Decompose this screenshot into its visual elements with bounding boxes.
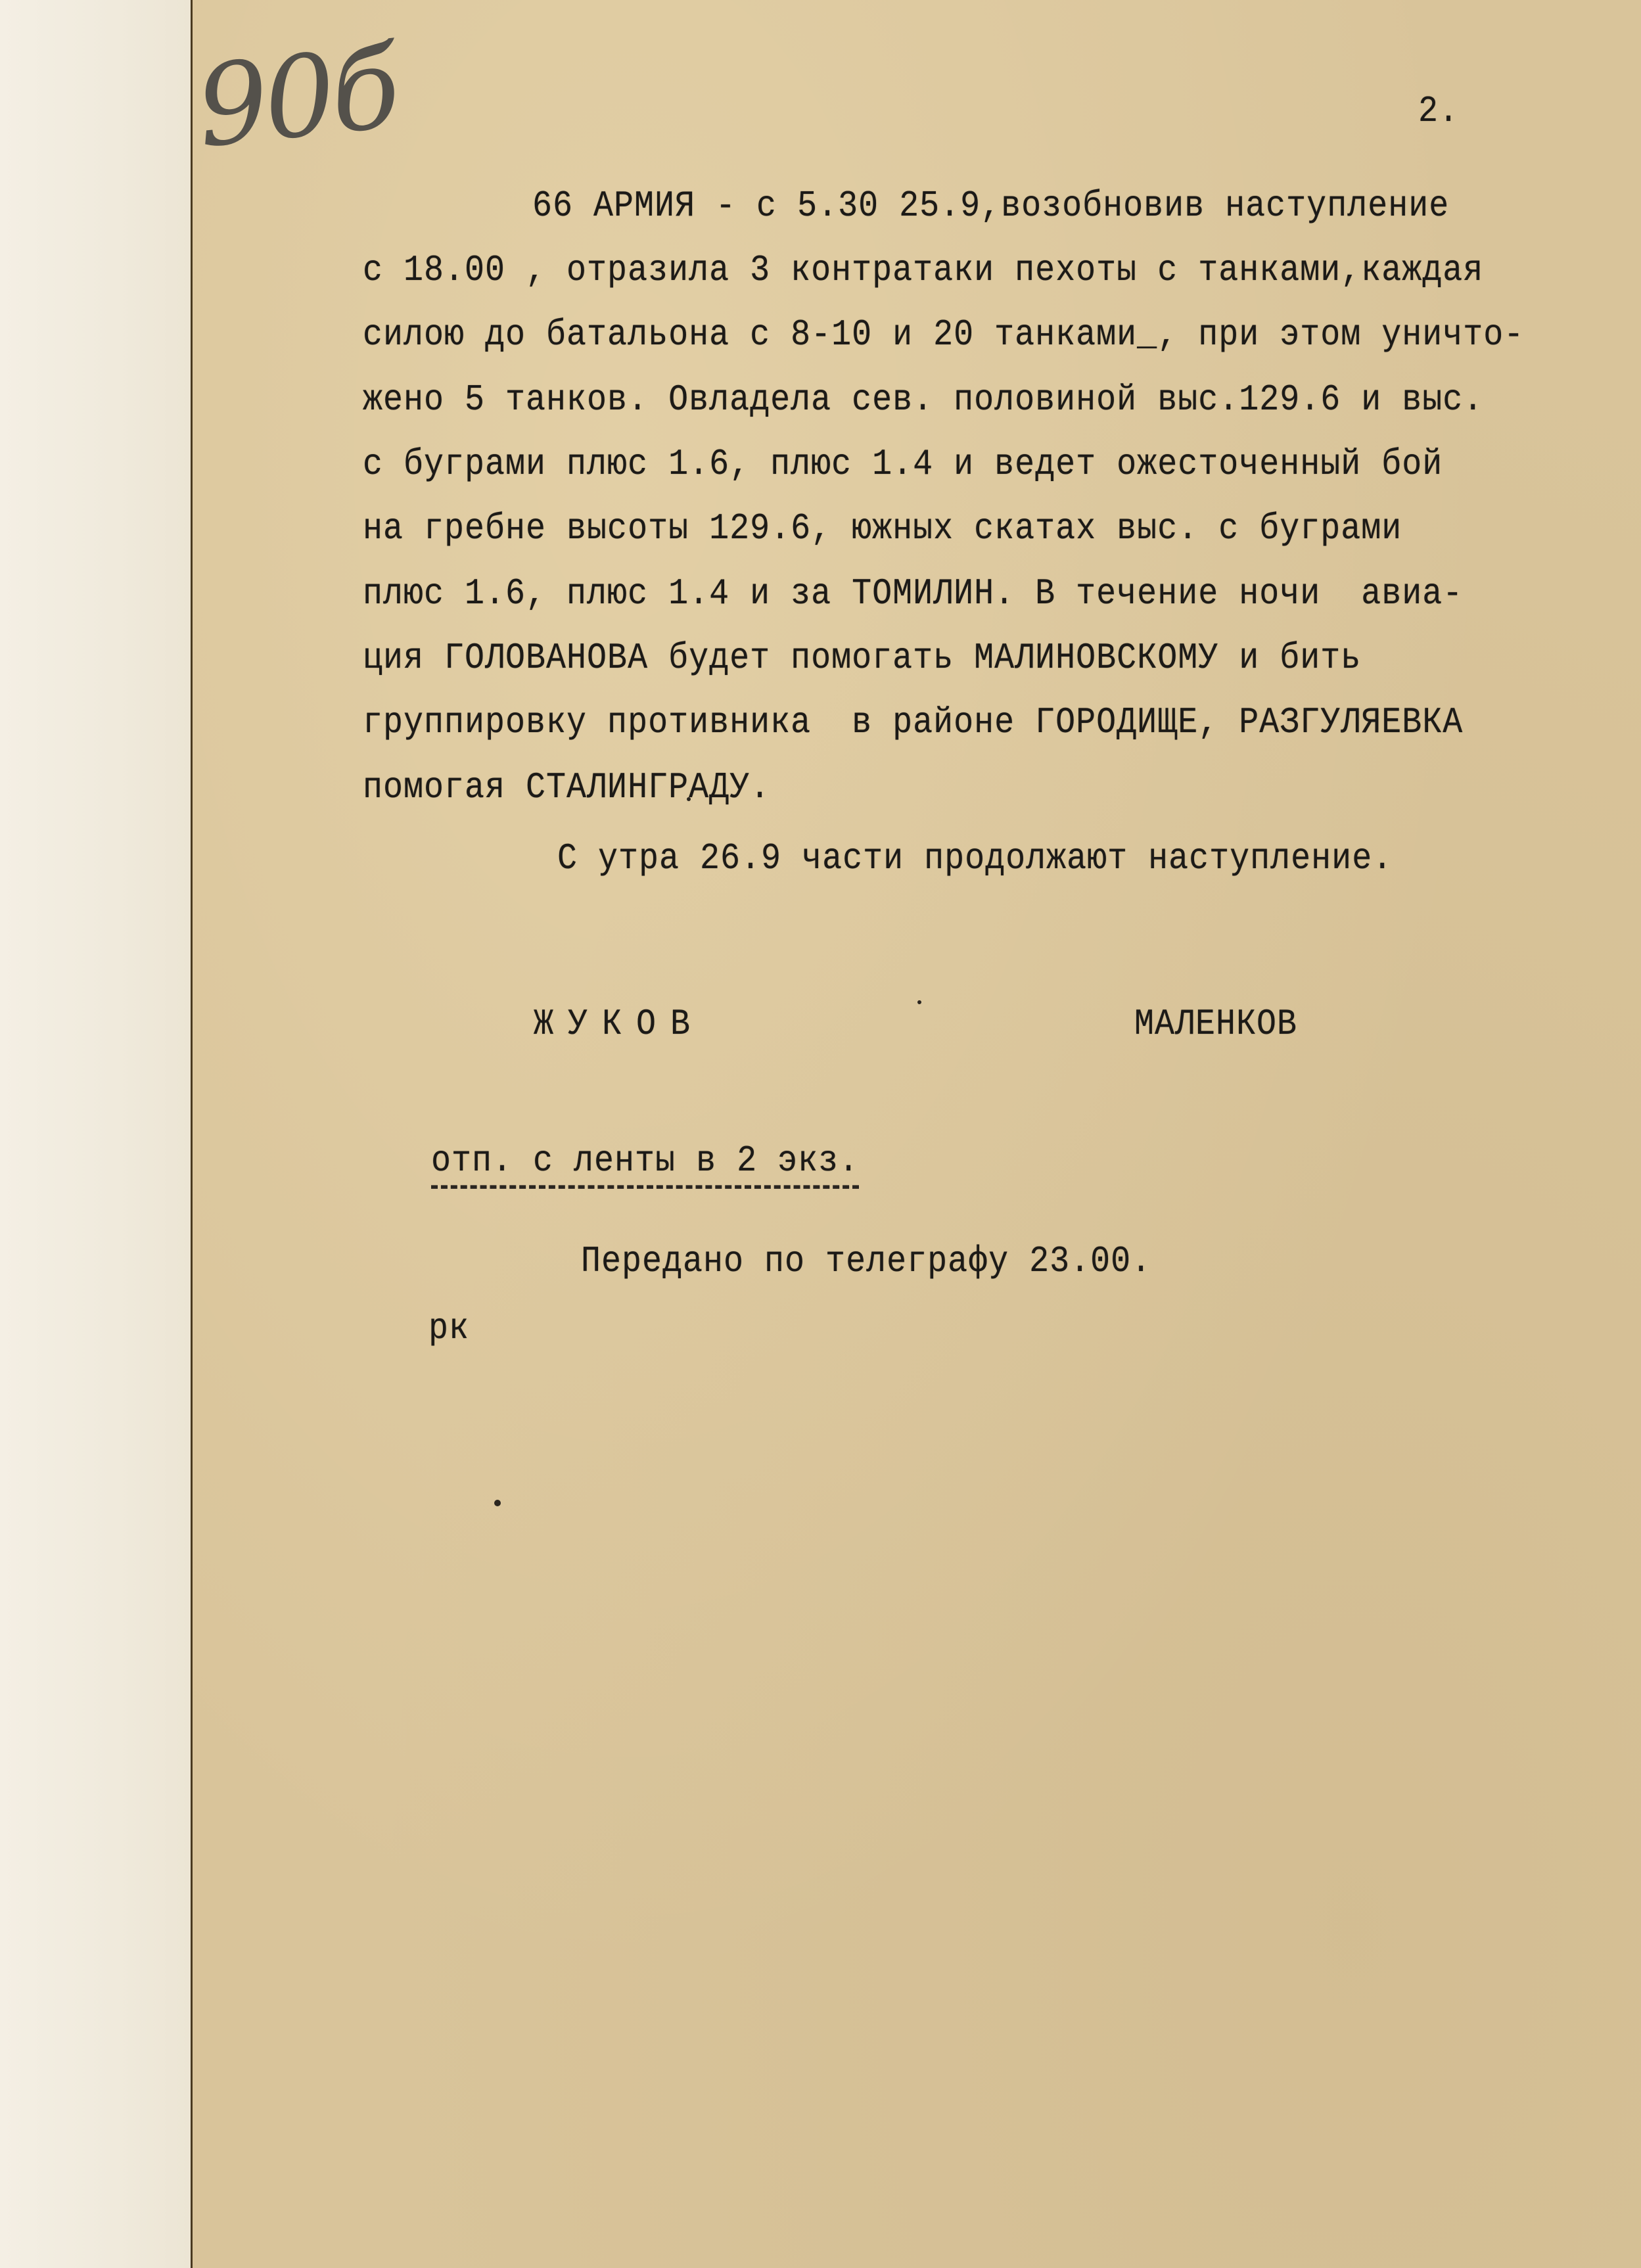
transmission-note: Передано по телеграфу 23.00.: [581, 1241, 1151, 1283]
ink-speck: [494, 1500, 501, 1506]
body-line: силою до батальона с 8-10 и 20 танками_,…: [363, 314, 1524, 356]
ink-speck: [917, 1000, 921, 1004]
body-line: помогая СТАЛИНГРАДУ.: [363, 767, 770, 809]
body-line: плюс 1.6, плюс 1.4 и за ТОМИЛИН. В течен…: [363, 573, 1463, 615]
body-line: с 18.00 , отразила 3 контратаки пехоты с…: [363, 250, 1483, 292]
body-line: жено 5 танков. Овладела сев. половиной в…: [363, 379, 1483, 421]
body-line: группировку противника в районе ГОРОДИЩЕ…: [363, 702, 1463, 744]
ink-speck: [687, 797, 691, 801]
typist-initials: рк: [428, 1308, 469, 1350]
closing-line: С утра 26.9 части продолжают наступление…: [557, 838, 1393, 880]
page-number: 2.: [1418, 91, 1459, 133]
body-line: ция ГОЛОВАНОВА будет помогать МАЛИНОВСКО…: [363, 637, 1361, 680]
body-line: с буграми плюс 1.6, плюс 1.4 и ведет оже…: [363, 444, 1443, 486]
archive-folio-mark: 90б: [191, 23, 402, 173]
copy-note: отп. с ленты в 2 экз.: [431, 1140, 859, 1189]
body-line: на гребне высоты 129.6, южных скатах выс…: [363, 508, 1402, 550]
signature-malenkov: МАЛЕНКОВ: [1134, 1004, 1297, 1046]
signature-zhukov: ЖУКОВ: [534, 1004, 705, 1046]
body-line: 66 АРМИЯ - с 5.30 25.9,возобновив наступ…: [532, 185, 1449, 227]
backing-sheet: [0, 0, 191, 2268]
